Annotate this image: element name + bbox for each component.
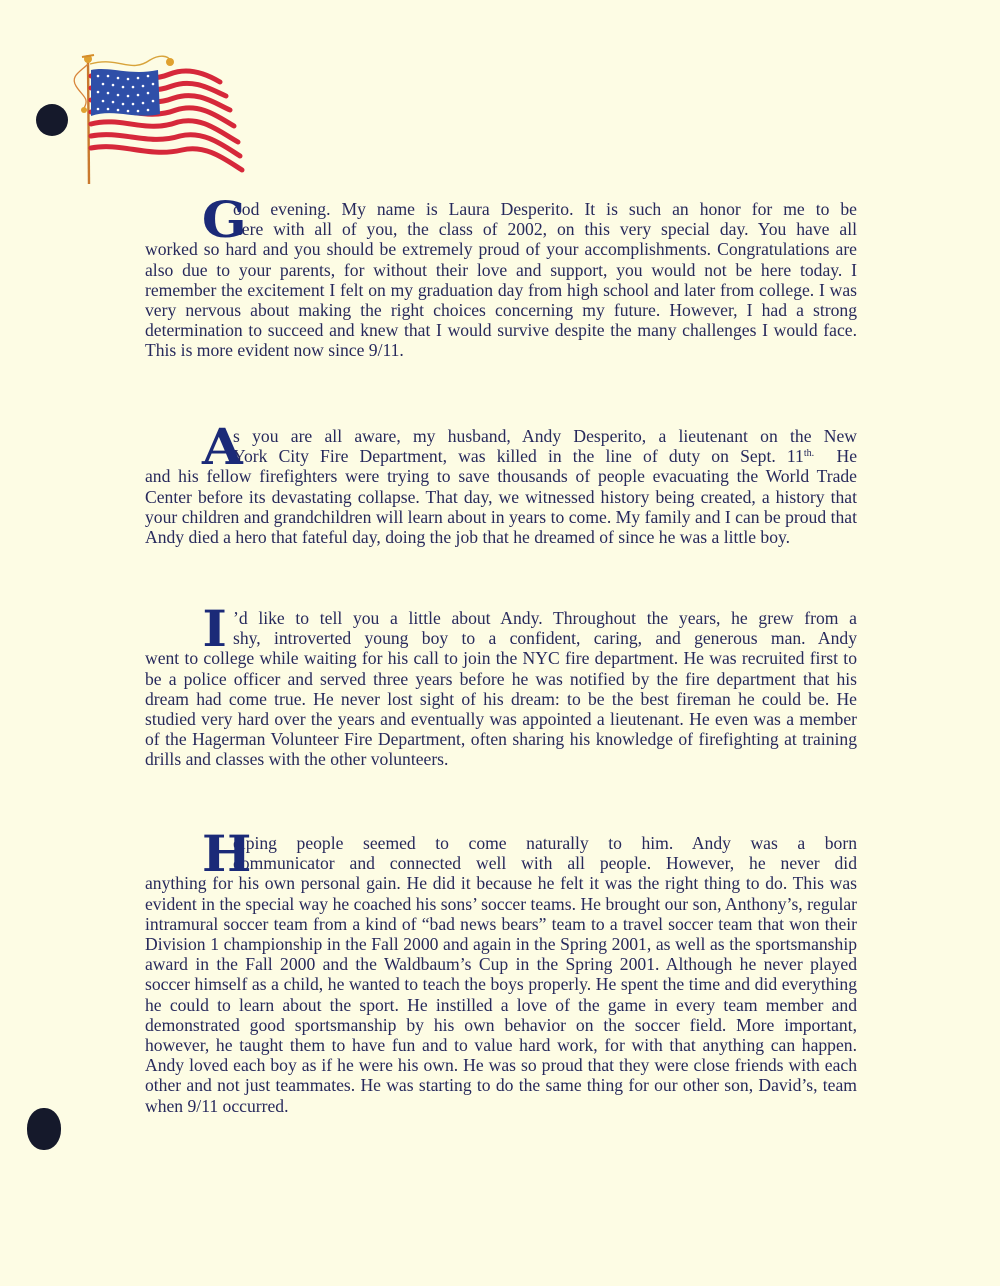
paragraph-3-line-2: shy, introverted young boy to a confiden… — [145, 628, 857, 648]
dropcap-g: G — [202, 201, 247, 241]
paragraph-1-line-2: here with all of you, the class of 2002,… — [145, 219, 857, 239]
paragraph-2: A s you are all aware, my husband, Andy … — [145, 426, 857, 547]
paragraph-3-line-1: ’d like to tell you a little about Andy.… — [145, 608, 857, 628]
paragraph-4-line-2: communicator and connected well with all… — [145, 853, 857, 873]
paragraph-2-body: and his fellow firefighters were trying … — [145, 466, 857, 547]
dropcap-h: H — [202, 835, 252, 875]
paragraph-4: H elping people seemed to come naturally… — [145, 833, 857, 1116]
paragraph-2-line-2: York City Fire Department, was killed in… — [145, 446, 857, 466]
paragraph-2-line-1: s you are all aware, my husband, Andy De… — [145, 426, 857, 446]
paragraph-4-body: anything for his own personal gain. He d… — [145, 873, 857, 1115]
paragraph-4-line-1: elping people seemed to come naturally t… — [145, 833, 857, 853]
paragraph-3-body: went to college while waiting for his ca… — [145, 648, 857, 769]
dropcap-a: A — [202, 428, 243, 468]
paragraph-1-body: worked so hard and you should be extreme… — [145, 239, 857, 360]
paragraph-1: G ood evening. My name is Laura Desperit… — [145, 199, 857, 361]
hole-punch-bottom — [27, 1108, 61, 1150]
dropcap-i: I — [202, 610, 227, 650]
paragraph-1-line-1: ood evening. My name is Laura Desperito.… — [145, 199, 857, 219]
ordinal-suffix: th. — [804, 448, 814, 459]
american-flag-icon — [60, 46, 250, 186]
paragraph-3: I ’d like to tell you a little about And… — [145, 608, 857, 770]
